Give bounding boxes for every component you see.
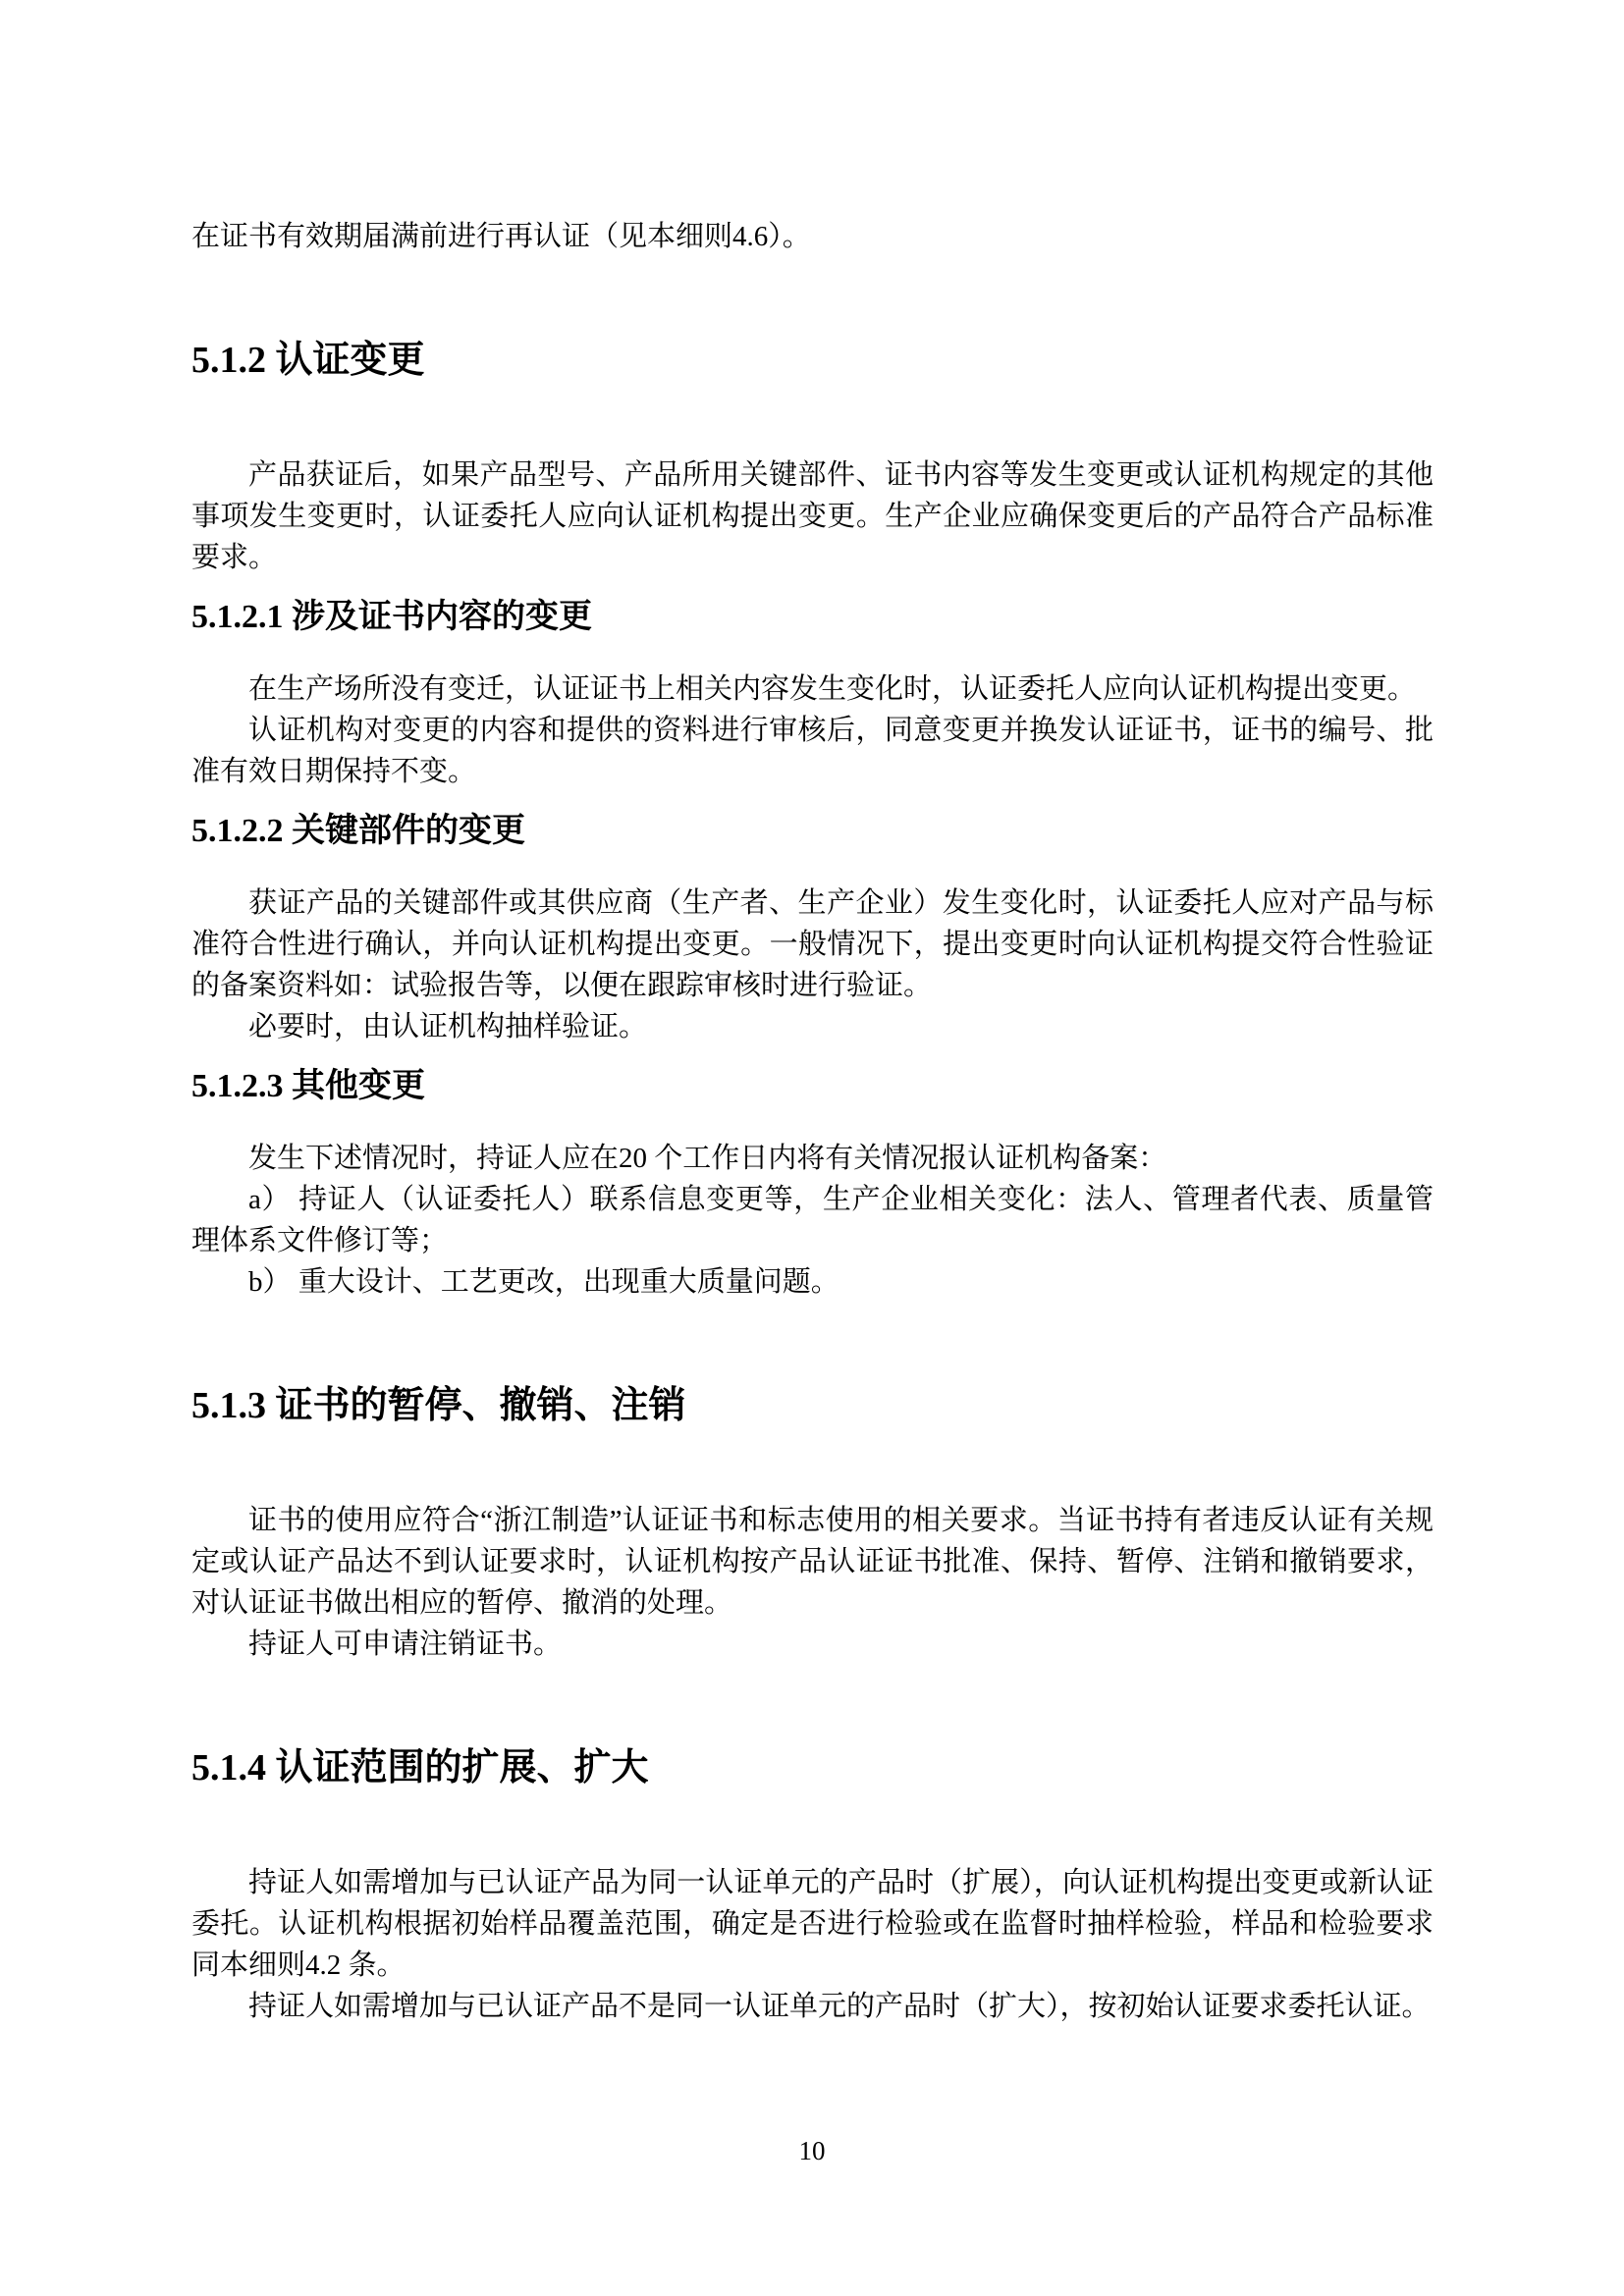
paragraph: 证书的使用应符合“浙江制造”认证证书和标志使用的相关要求。当证书持有者违反认证有… [191, 1500, 1434, 1624]
heading-5-1-2-3: 5.1.2.3 其他变更 [191, 1064, 1434, 1109]
paragraph: 获证产品的关键部件或其供应商（生产者、生产企业）发生变化时，认证委托人应对产品与… [191, 882, 1434, 1006]
document-content: 在证书有效期届满前进行再认证（见本细则4.6）。 5.1.2 认证变更 产品获证… [191, 216, 1434, 2027]
page-footer: 10 [0, 2136, 1624, 2166]
paragraph: 必要时，由认证机构抽样验证。 [191, 1006, 1434, 1047]
paragraph: 持证人可申请注销证书。 [191, 1624, 1434, 1665]
paragraph-list-item-a: a） 持证人（认证委托人）联系信息变更等，生产企业相关变化：法人、管理者代表、质… [191, 1179, 1434, 1261]
paragraph: 持证人如需增加与已认证产品不是同一认证单元的产品时（扩大），按初始认证要求委托认… [191, 1986, 1434, 2027]
paragraph-intro: 在证书有效期届满前进行再认证（见本细则4.6）。 [191, 216, 1434, 257]
paragraph: 认证机构对变更的内容和提供的资料进行审核后，同意变更并换发认证证书，证书的编号、… [191, 710, 1434, 792]
heading-5-1-3: 5.1.3 证书的暂停、撤销、注销 [191, 1381, 1434, 1430]
heading-5-1-2-2: 5.1.2.2 关键部件的变更 [191, 809, 1434, 854]
page-number: 10 [799, 2136, 826, 2165]
document-page: 在证书有效期届满前进行再认证（见本细则4.6）。 5.1.2 认证变更 产品获证… [0, 0, 1624, 2296]
paragraph: 在生产场所没有变迁，认证证书上相关内容发生变化时，认证委托人应向认证机构提出变更… [191, 668, 1434, 710]
paragraph-list-item-b: b） 重大设计、工艺更改，出现重大质量问题。 [191, 1261, 1434, 1303]
paragraph: 持证人如需增加与已认证产品为同一认证单元的产品时（扩展），向认证机构提出变更或新… [191, 1862, 1434, 1986]
heading-5-1-2-1: 5.1.2.1 涉及证书内容的变更 [191, 595, 1434, 640]
paragraph: 产品获证后，如果产品型号、产品所用关键部件、证书内容等发生变更或认证机构规定的其… [191, 454, 1434, 578]
heading-5-1-2: 5.1.2 认证变更 [191, 336, 1434, 385]
paragraph: 发生下述情况时，持证人应在20 个工作日内将有关情况报认证机构备案： [191, 1138, 1434, 1179]
heading-5-1-4: 5.1.4 认证范围的扩展、扩大 [191, 1743, 1434, 1792]
